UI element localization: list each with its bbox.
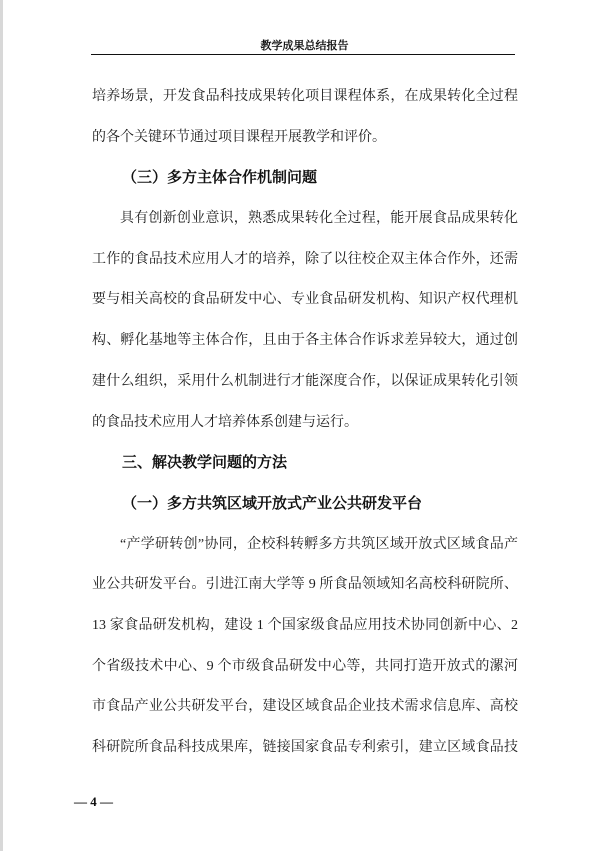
body-text-line: 培养场景，开发食品科技成果转化项目课程体系，在成果转化全过程 bbox=[92, 77, 518, 118]
heading-line: 三、解决教学问题的方法 bbox=[92, 443, 518, 484]
body-text-line: 具有创新创业意识，熟悉成果转化全过程，能开展食品成果转化 bbox=[92, 199, 518, 240]
body-text-line: 13 家食品研发机构，建设 1 个国家级食品应用技术协同创新中心、2 bbox=[92, 606, 518, 647]
body-text-line: “产学研转创”协同，企校科转孵多方共筑区域开放式区域食品产 bbox=[92, 525, 518, 566]
heading-line: （三）多方主体合作机制问题 bbox=[92, 158, 518, 199]
document-page: 教学成果总结报告 培养场景，开发食品科技成果转化项目课程体系，在成果转化全过程的… bbox=[0, 0, 603, 851]
body-text-line: 科研院所食品科技成果库，链接国家食品专利索引，建立区域食品技 bbox=[92, 728, 518, 769]
heading-line: （一）多方共筑区域开放式产业公共研发平台 bbox=[92, 484, 518, 525]
body-text-line: 个省级技术中心、9 个市级食品研发中心等，共同打造开放式的漯河 bbox=[92, 647, 518, 688]
body-text-line: 的各个关键环节通过项目课程开展教学和评价。 bbox=[92, 118, 518, 159]
body-text-line: 的食品技术应用人才培养体系创建与运行。 bbox=[92, 403, 518, 444]
body-text-line: 建什么组织，采用什么机制进行才能深度合作，以保证成果转化引领 bbox=[92, 362, 518, 403]
header-rule bbox=[91, 54, 515, 55]
body-text-line: 市食品产业公共研发平台，建设区域食品企业技术需求信息库、高校 bbox=[92, 687, 518, 728]
body-text-line: 构、孵化基地等主体合作，且由于各主体合作诉求差异较大，通过创 bbox=[92, 321, 518, 362]
page-number: — 4 — bbox=[74, 793, 113, 811]
document-body: 培养场景，开发食品科技成果转化项目课程体系，在成果转化全过程的各个关键环节通过项… bbox=[92, 77, 518, 769]
header-title: 教学成果总结报告 bbox=[91, 39, 518, 53]
body-text-line: 业公共研发平台。引进江南大学等 9 所食品领域知名高校科研院所、 bbox=[92, 565, 518, 606]
body-text-line: 工作的食品技术应用人才的培养，除了以往校企双主体合作外，还需 bbox=[92, 240, 518, 281]
body-text-line: 要与相关高校的食品研发中心、专业食品研发机构、知识产权代理机 bbox=[92, 280, 518, 321]
page-edge-shadow bbox=[0, 0, 3, 851]
